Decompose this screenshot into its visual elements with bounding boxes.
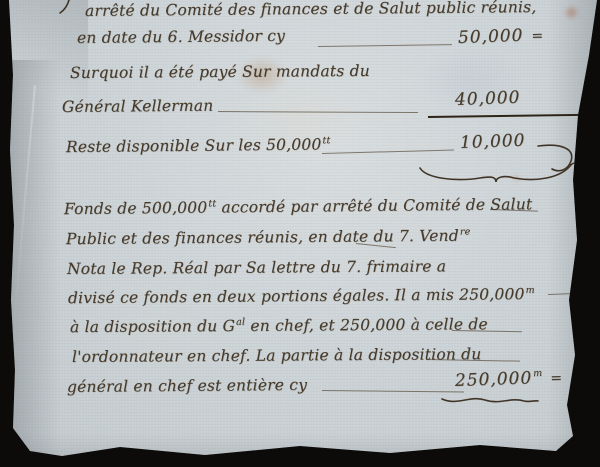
line-text: Fonds de 500,000: [64, 199, 208, 219]
manuscript-line: Public et des finances réunis, en date d…: [66, 226, 471, 248]
paper-sheet: arrêté du Comité des finances et de Salu…: [0, 0, 600, 467]
line-text: Public et des finances réunis, en date d…: [66, 227, 459, 248]
manuscript-line: Fonds de 500,000tt accordé par arrêté du…: [64, 195, 533, 218]
line-text: Surquoi il a été payé Sur mandats du: [70, 62, 370, 82]
manuscript-line: Nota le Rep. Réal par Sa lettre du 7. fr…: [67, 257, 446, 278]
manuscript-line: l'ordonnateur en chef. La partie à la di…: [72, 345, 482, 366]
stain-top-right: [564, 5, 579, 20]
manuscript-line: divisé ce fonds en deux portions égales.…: [68, 285, 535, 307]
ink-dash: [318, 44, 452, 47]
manuscript-line: Reste disponible Sur les 50,000tt: [66, 135, 331, 156]
line-sup: re: [460, 226, 471, 237]
line-text: divisé ce fonds en deux portions égales.…: [68, 285, 525, 307]
manuscript-line: en date du 6. Messidor cy: [77, 27, 285, 47]
amount-50000: 50,000=: [458, 25, 545, 48]
amount-sup: m: [533, 368, 543, 379]
amount-250000: 250,000m=: [455, 367, 564, 391]
line-text: à la disposition du G: [70, 317, 235, 336]
line-sup: tt: [322, 135, 330, 146]
cut-off-stroke: [58, 0, 74, 14]
edge-shadow-right: [542, 0, 598, 467]
manuscript-line: Général Kellerman: [62, 97, 214, 116]
line-text: l'ordonnateur en chef. La partie à la di…: [72, 345, 482, 366]
line-text: en date du 6. Messidor cy: [77, 27, 285, 47]
line-text: Reste disponible Sur les 50,000: [66, 135, 322, 156]
underbrace-flourish: [412, 138, 584, 190]
line-text: arrêté du Comité des finances et de Salu…: [85, 0, 537, 20]
manuscript-photo: arrêté du Comité des finances et de Salu…: [0, 0, 600, 467]
amount-text: 50,000: [458, 26, 524, 48]
line-text: en chef, et 250,000 à celle de: [245, 315, 488, 335]
line-text: Général Kellerman: [62, 97, 214, 116]
manuscript-line: général en chef est entière cy: [67, 376, 307, 396]
amount-text: 40,000: [455, 88, 521, 110]
manuscript-line: Surquoi il a été payé Sur mandats du: [70, 62, 370, 82]
amount-suffix: =: [531, 28, 544, 44]
manuscript-line: arrêté du Comité des finances et de Salu…: [85, 0, 537, 20]
amount-text: 250,000: [455, 368, 533, 391]
line-text: accordé par arrêté du Comité de Salut: [216, 195, 532, 216]
edge-shadow-bottom: [0, 433, 600, 467]
manuscript-line: à la disposition du Gal en chef, et 250,…: [70, 315, 488, 336]
line-text: général en chef est entière cy: [67, 376, 307, 396]
amount-suffix: =: [550, 370, 563, 386]
ink-dash: [218, 111, 418, 113]
line-sup: m: [526, 285, 535, 296]
line-text: Nota le Rep. Réal par Sa lettre du 7. fr…: [67, 257, 446, 278]
ink-squiggle: [440, 393, 540, 407]
amount-40000: 40,000: [455, 88, 521, 110]
line-sup: al: [236, 317, 245, 328]
